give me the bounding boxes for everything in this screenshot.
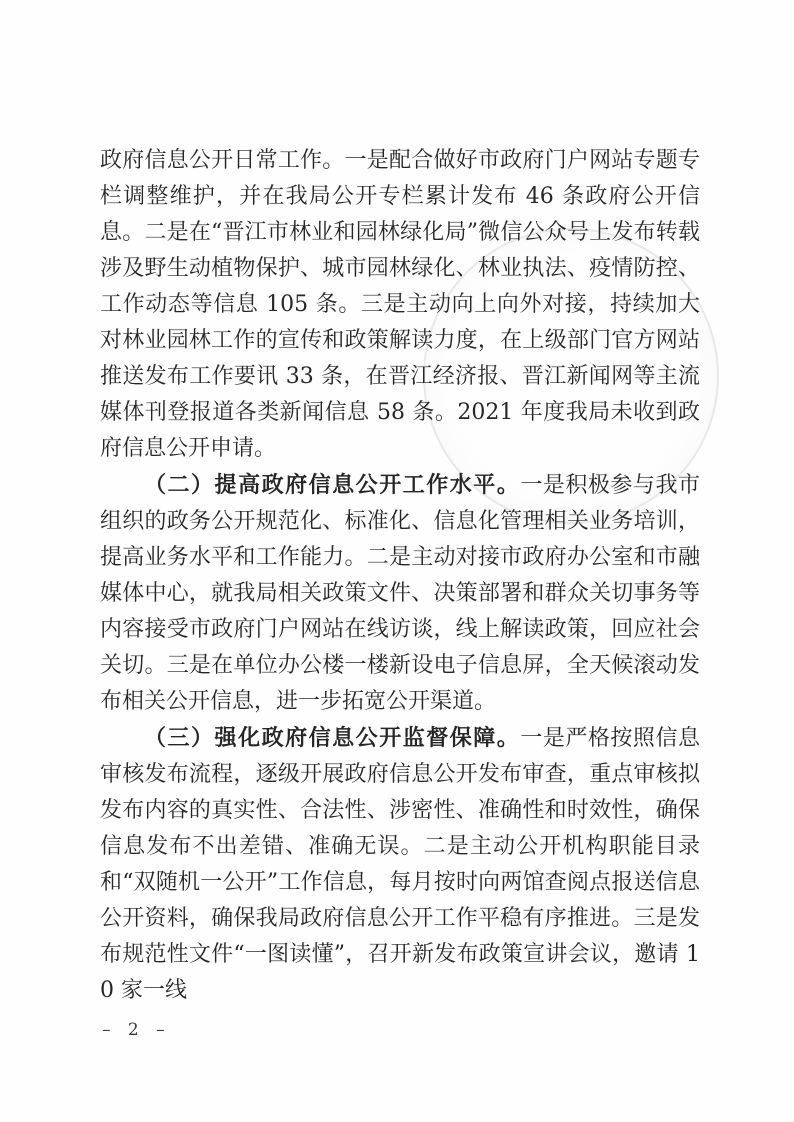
paragraph-section-3: （三）强化政府信息公开监督保障。一是严格按照信息审核发布流程，逐级开展政府信息公… — [100, 720, 700, 1009]
document-body: 政府信息公开日常工作。一是配合做好市政府门户网站专题专栏调整维护，并在我局公开专… — [100, 143, 700, 1009]
paragraph-continuation-text: 政府信息公开日常工作。一是配合做好市政府门户网站专题专栏调整维护，并在我局公开专… — [100, 148, 700, 461]
page-number: – 2 – — [102, 1020, 171, 1040]
section-2-text: 一是积极参与我市组织的政务公开规范化、标准化、信息化管理相关业务培训，提高业务水… — [100, 473, 700, 714]
paragraph-section-2: （二）提高政府信息公开工作水平。一是积极参与我市组织的政务公开规范化、标准化、信… — [100, 467, 700, 720]
paragraph-continuation: 政府信息公开日常工作。一是配合做好市政府门户网站专题专栏调整维护，并在我局公开专… — [100, 143, 700, 467]
section-3-text: 一是严格按照信息审核发布流程，逐级开展政府信息公开发布审查，重点审核拟发布内容的… — [100, 726, 700, 1003]
section-3-heading: （三）强化政府信息公开监督保障。 — [144, 725, 520, 751]
section-2-heading: （二）提高政府信息公开工作水平。 — [144, 472, 520, 498]
scanned-document-page: 政府信息公开日常工作。一是配合做好市政府门户网站专题专栏调整维护，并在我局公开专… — [0, 0, 794, 1122]
